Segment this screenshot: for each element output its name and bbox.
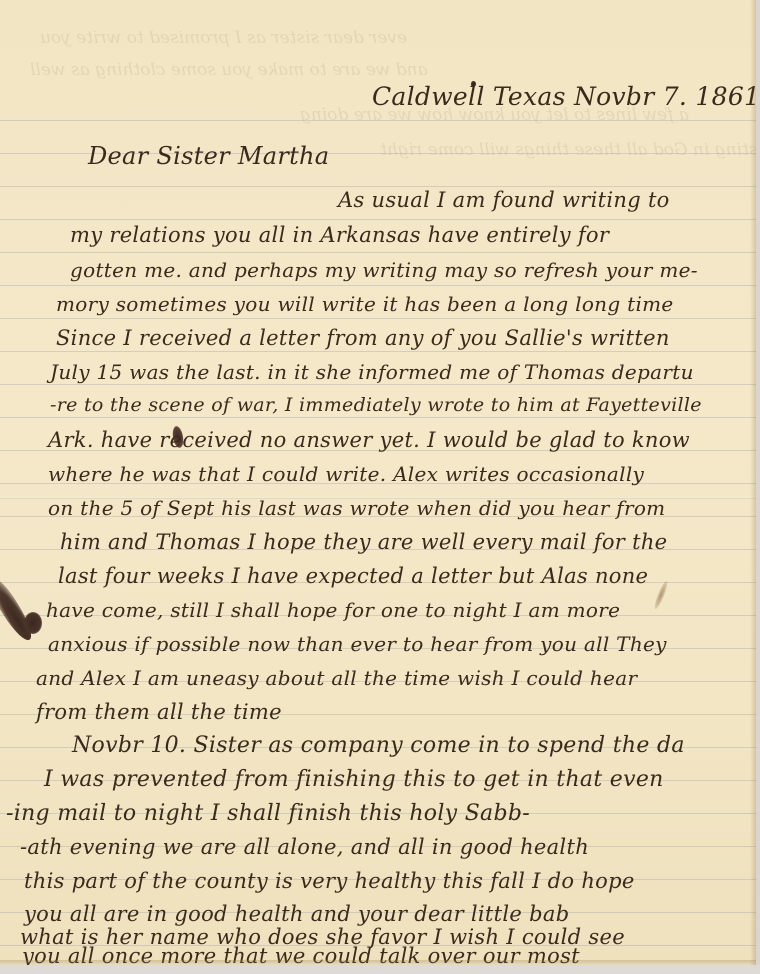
- letter-line: -re to the scene of war, I immediately w…: [50, 394, 702, 416]
- letter-line: and Alex I am uneasy about all the time …: [36, 666, 637, 690]
- ink-stain: [24, 612, 42, 634]
- letter-line: anxious if possible now than ever to hea…: [48, 632, 667, 656]
- letter-line: I was prevented from finishing this to g…: [44, 767, 664, 792]
- letter-line: Ark. have received no answer yet. I woul…: [48, 428, 690, 452]
- letter-line: -ing mail to night I shall finish this h…: [6, 801, 530, 826]
- letter-page: ever dear sister as I promised to write …: [0, 0, 756, 965]
- letter-line: last four weeks I have expected a letter…: [58, 564, 648, 588]
- scan-background: [0, 965, 760, 974]
- letter-line: have come, still I shall hope for one to…: [46, 598, 620, 622]
- bleed-through-text: ever dear sister as I promised to write …: [40, 28, 407, 48]
- bleed-through-text: and we are to make you some clothing as …: [30, 60, 428, 80]
- letter-line: gotten me. and perhaps my writing may so…: [70, 258, 698, 282]
- letter-line: my relations you all in Arkansas have en…: [70, 223, 609, 247]
- ruled-line: [0, 252, 756, 253]
- letter-line: Since I received a letter from any of yo…: [56, 326, 670, 350]
- ruled-line: [0, 285, 756, 286]
- letter-line: where he was that I could write. Alex wr…: [48, 462, 644, 486]
- ruled-line: [0, 384, 756, 385]
- paper-edge-shadow: [750, 0, 756, 965]
- letter-line: this part of the county is very healthy …: [24, 869, 635, 893]
- ruled-line: [0, 219, 756, 220]
- letter-line: -ath evening we are all alone, and all i…: [20, 835, 589, 859]
- letter-line: July 15 was the last. in it she informed…: [50, 360, 694, 384]
- ruled-line: [0, 318, 756, 319]
- letter-line: you all are in good health and your dear…: [24, 902, 569, 926]
- letter-line: As usual I am found writing to: [338, 188, 670, 212]
- salutation: Dear Sister Martha: [88, 142, 329, 170]
- letter-line: from them all the time: [36, 700, 282, 724]
- ink-stain: [0, 576, 37, 645]
- ruled-line: [0, 417, 756, 418]
- letter-line: on the 5 of Sept his last was wrote when…: [48, 496, 665, 520]
- ruled-line: [0, 351, 756, 352]
- letter-line: him and Thomas I hope they are well ever…: [60, 530, 667, 554]
- letter-line: Novbr 10. Sister as company come in to s…: [72, 733, 685, 758]
- ruled-line: [0, 186, 756, 187]
- letter-line: mory sometimes you will write it has bee…: [56, 292, 674, 316]
- dateline: Caldwell Texas Novbr 7. 1861.: [372, 82, 756, 111]
- bleed-through-text: so trusting in God all these things will…: [380, 140, 756, 160]
- water-stain: [653, 580, 670, 610]
